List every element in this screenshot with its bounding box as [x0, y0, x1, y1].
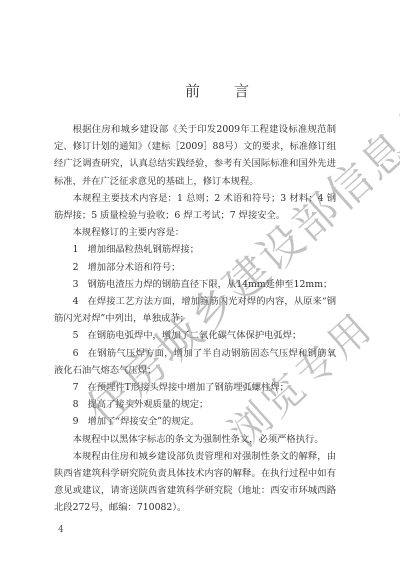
page-title: 前言	[0, 80, 400, 101]
revision-item: 1增加细晶粒热轧钢筋焊接；	[54, 241, 336, 258]
revision-intro-paragraph: 本规程修订的主要内容是：	[54, 224, 336, 241]
page-number: 4	[58, 525, 64, 535]
revision-item: 9增加了“焊接安全”的规定。	[54, 413, 336, 430]
document-body: 根据住房和城乡建设部《关于印发2009年工程建设标准规范制定、修订计划的通知》（…	[54, 121, 336, 517]
management-paragraph: 本规程由住房和城乡建设部负责管理和对强制性条文的解释，由陕西省建筑科学研究院负责…	[54, 448, 336, 517]
mandatory-paragraph: 本规程中以黑体字标志的条文为强制性条文，必须严格执行。	[54, 431, 336, 448]
revision-item: 7在预埋件T形接头焊接中增加了钢筋埋弧螺柱焊；	[54, 379, 336, 396]
revision-list: 1增加细晶粒热轧钢筋焊接； 2增加部分术语和符号； 3钢筋电渣压力焊的钢筋直径下…	[54, 241, 336, 430]
revision-item: 4在焊接工艺方法方面，增加箍筋闪光对焊的内容，从原来“钢筋闪光对焊”中列出，单独…	[54, 293, 336, 327]
revision-item: 5在钢筋电弧焊中，增加了二氧化碳气体保护电弧焊；	[54, 327, 336, 344]
main-content-paragraph: 本规程主要技术内容是：1 总则；2 术语和符号；3 材料；4 钢筋焊接；5 质量…	[54, 190, 336, 224]
intro-paragraph: 根据住房和城乡建设部《关于印发2009年工程建设标准规范制定、修订计划的通知》（…	[54, 121, 336, 190]
revision-item: 3钢筋电渣压力焊的钢筋直径下限，从14mm延伸至12mm；	[54, 276, 336, 293]
revision-item: 8提高了接头外观质量的规定；	[54, 396, 336, 413]
revision-item: 6在钢筋气压焊方面，增加了半自动钢筋固态气压焊和钢筋氧液化石油气熔态气压焊；	[54, 345, 336, 379]
revision-item: 2增加部分术语和符号；	[54, 259, 336, 276]
document-page: 前言 根据住房和城乡建设部《关于印发2009年工程建设标准规范制定、修订计划的通…	[0, 0, 400, 579]
